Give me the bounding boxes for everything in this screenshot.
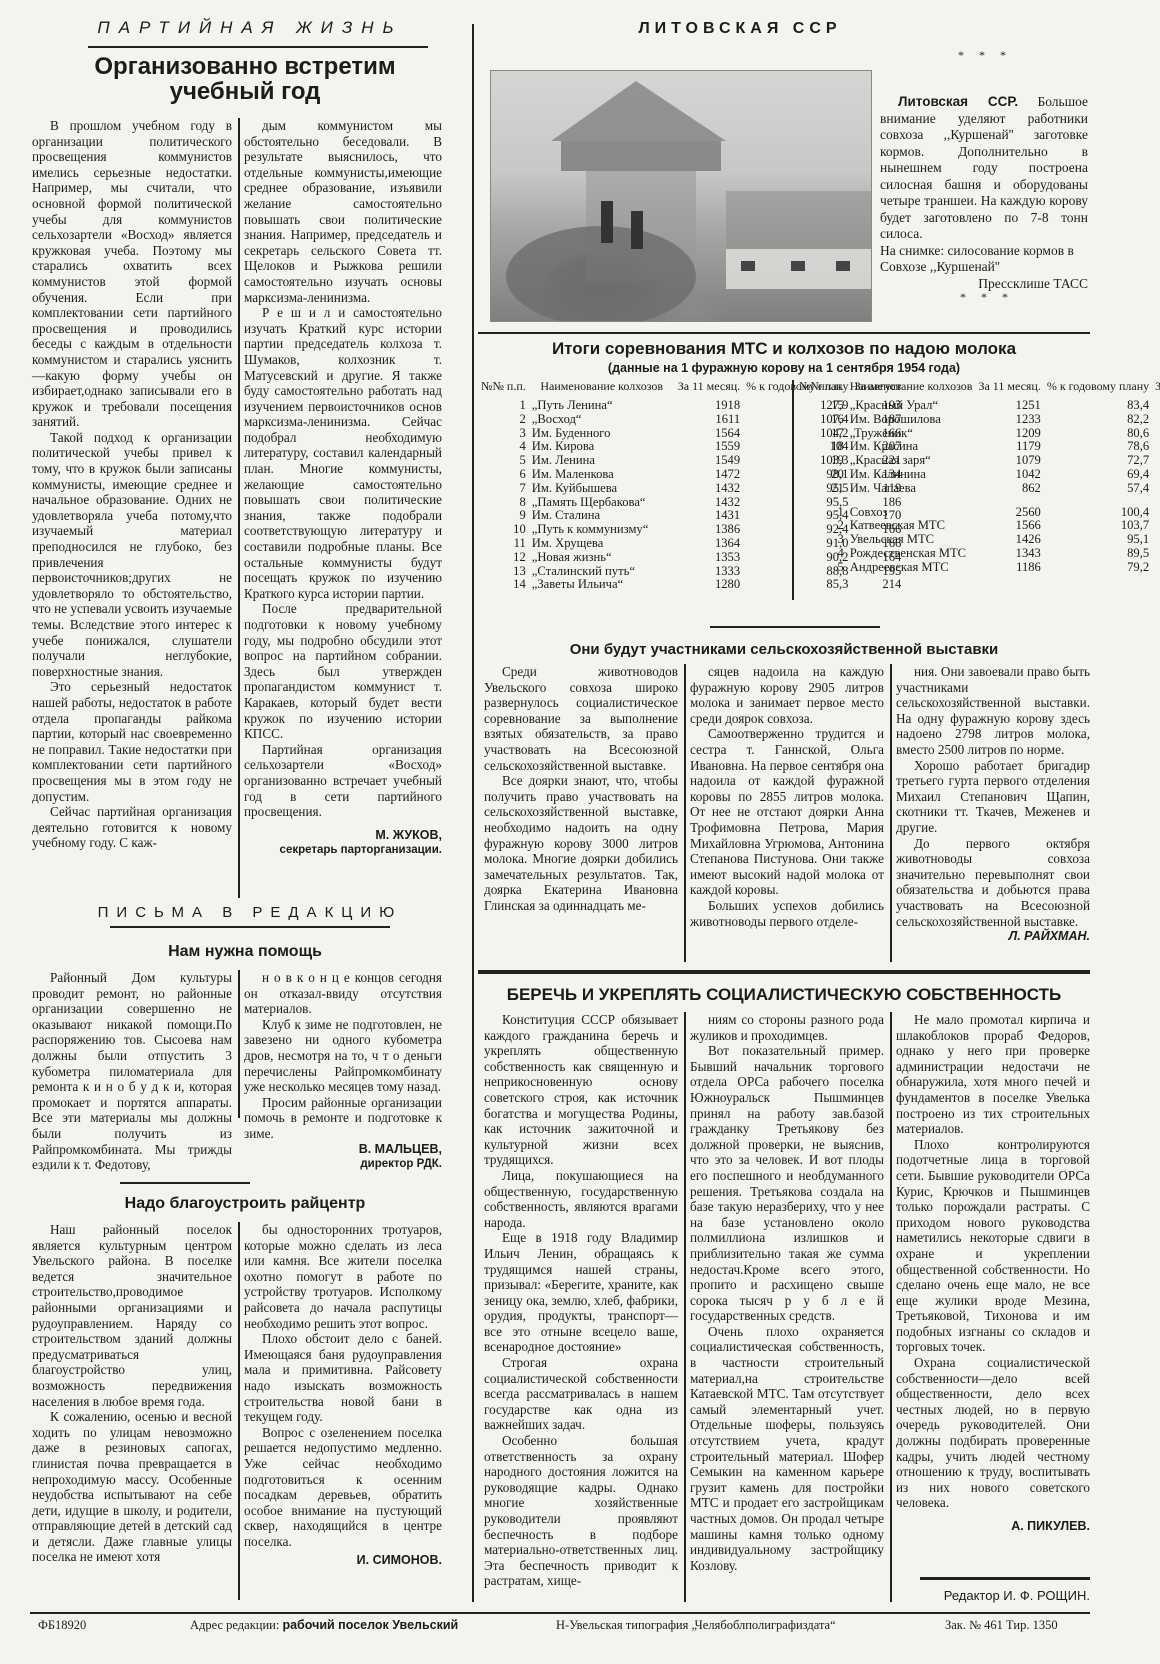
row-number: 5 — [478, 454, 529, 468]
farm-name: „Новая жизнь“ — [529, 551, 675, 565]
table-row: 16Им. Ворошилова123382,2154 — [796, 413, 1160, 427]
plan-percent: 89,5 — [1044, 547, 1152, 561]
plan-percent: 83,4 — [1044, 399, 1152, 413]
column-divider — [684, 1012, 686, 1602]
column-divider — [238, 970, 240, 1118]
farm-name: Им. Маленкова — [529, 468, 675, 482]
rubric-letters: ПИСЬМА В РЕДАКЦИЮ — [60, 904, 440, 921]
eleven-months-value: 862 — [975, 482, 1043, 501]
august-value: 160 — [1152, 533, 1160, 547]
row-number: 11 — [478, 537, 529, 551]
august-value: 150 — [1152, 468, 1160, 482]
article2-col2: н о в к о н ц е концов сегодня он отказа… — [244, 970, 442, 1173]
footer-rule — [30, 1612, 1090, 1614]
farm-name: „Путь Ленина“ — [529, 399, 675, 413]
farm-name: „Красный Урал“ — [847, 399, 976, 413]
article-title-study-year: Организованно встретим учебный год — [40, 54, 450, 104]
article1-col2: дым коммунистом мы обстоятельно беседова… — [244, 118, 442, 859]
rubric-underline — [88, 46, 428, 48]
eleven-months-value: 1566 — [975, 519, 1043, 533]
plan-percent: 100,4 — [1044, 501, 1152, 520]
farm-name: Им. Кирова — [529, 440, 675, 454]
article2-signature: В. МАЛЬЦЕВ, директор РДК. — [244, 1142, 442, 1173]
row-number: 17 — [796, 427, 847, 441]
table-divider — [792, 380, 794, 600]
farm-name: Им. Буденного — [529, 427, 675, 441]
eleven-months-value: 1280 — [675, 578, 743, 592]
column-divider — [890, 1012, 892, 1602]
column-divider — [238, 1222, 240, 1600]
table-subtitle: (данные на 1 фуражную корову на 1 сентяб… — [478, 362, 1090, 375]
section-rule — [478, 970, 1090, 974]
row-number: 10 — [478, 523, 529, 537]
row-number: 19 — [796, 454, 847, 468]
eleven-months-value: 1251 — [975, 399, 1043, 413]
plan-percent: 82,2 — [1044, 413, 1152, 427]
august-value: 238 — [1152, 501, 1160, 520]
row-number: 3 — [478, 427, 529, 441]
eleven-months-value: 1209 — [975, 427, 1043, 441]
farm-name: Им. Чапаева — [847, 482, 976, 501]
table-row: 5Андреевская МТС118679,2177 — [796, 561, 1160, 575]
plan-percent: 78,6 — [1044, 440, 1152, 454]
august-value: 154 — [1152, 413, 1160, 427]
eleven-months-value: 1186 — [975, 561, 1043, 575]
eleven-months-value: 1079 — [975, 454, 1043, 468]
farm-name: „Сталинский путь“ — [529, 565, 675, 579]
eleven-months-value: 1559 — [675, 440, 743, 454]
article-title-need-help: Нам нужна помощь — [40, 944, 450, 961]
eleven-months-value: 1431 — [675, 509, 743, 523]
footer-address: Адрес редакции: рабочий поселок Увельски… — [190, 1618, 458, 1633]
separator — [120, 1182, 250, 1184]
farm-name: Увельская МТС — [847, 533, 976, 547]
article4-signature: Л. РАЙХМАН. — [896, 929, 1090, 945]
photo-silage-tower — [490, 70, 872, 322]
row-number: 2 — [478, 413, 529, 427]
plan-percent: 69,4 — [1044, 468, 1152, 482]
eleven-months-value: 1611 — [675, 413, 743, 427]
eleven-months-value: 1042 — [975, 468, 1043, 482]
article-title-property: БЕРЕЧЬ И УКРЕПЛЯТЬ СОЦИАЛИСТИЧЕСКУЮ СОБС… — [478, 986, 1090, 1004]
row-number: 2 — [796, 519, 847, 533]
row-number: 20 — [796, 468, 847, 482]
farm-name: Им. Ворошилова — [847, 413, 976, 427]
farm-name: „Труженик“ — [847, 427, 976, 441]
farm-name: Им. Калинина — [847, 468, 976, 482]
august-value: 195 — [1152, 399, 1160, 413]
plan-percent: 103,7 — [1044, 519, 1152, 533]
article3-col2: бы односторонних тротуаров, которые можн… — [244, 1222, 442, 1569]
plan-percent: 57,4 — [1044, 482, 1152, 501]
row-number: 7 — [478, 482, 529, 496]
row-number: 3 — [796, 533, 847, 547]
table-header: №№ п.п. Наименование колхозов За 11 меся… — [796, 380, 1160, 399]
decor-stars-bottom: * * * — [960, 290, 1014, 305]
row-number: 12 — [478, 551, 529, 565]
results-table-right: №№ п.п. Наименование колхозов За 11 меся… — [796, 380, 1160, 575]
photo-illustration — [491, 71, 871, 321]
eleven-months-value: 1549 — [675, 454, 743, 468]
august-value: 176 — [1152, 547, 1160, 561]
photo-caption: Литовская ССР. Большое внимание уделяют … — [880, 94, 1088, 292]
article1-signature: М. ЖУКОВ, секретарь парторганизации. — [244, 828, 442, 859]
august-value: 214 — [851, 578, 904, 592]
august-value: 141 — [1152, 482, 1160, 501]
row-number: 18 — [796, 440, 847, 454]
august-value: 191 — [1152, 519, 1160, 533]
article-title-improve-center: Надо благоустроить райцентр — [40, 1196, 450, 1213]
eleven-months-value: 1432 — [675, 496, 743, 510]
farm-name: „Красная заря“ — [847, 454, 976, 468]
row-number: 15 — [796, 399, 847, 413]
plan-percent: 72,7 — [1044, 454, 1152, 468]
farm-name: Им. Ленина — [529, 454, 675, 468]
august-value: 177 — [1152, 561, 1160, 575]
eleven-months-value: 1179 — [975, 440, 1043, 454]
eleven-months-value: 1343 — [975, 547, 1043, 561]
separator — [710, 626, 880, 628]
plan-percent: 95,1 — [1044, 533, 1152, 547]
decor-stars-top: * * * — [958, 48, 1012, 63]
farm-name: Им. Хрущева — [529, 537, 675, 551]
farm-name: Им. Сталина — [529, 509, 675, 523]
article5-signature: А. ПИКУЛЕВ. — [896, 1519, 1090, 1535]
farm-name: „Восход“ — [529, 413, 675, 427]
eleven-months-value: 1233 — [975, 413, 1043, 427]
table-row: 1Совхоз2560100,4238 — [796, 501, 1160, 520]
article4-col1: Среди животноводов Увельского совхоза ши… — [484, 664, 678, 914]
august-value: 162 — [1152, 427, 1160, 441]
row-number: 16 — [796, 413, 847, 427]
row-number: 4 — [796, 547, 847, 561]
row-number: 1 — [796, 501, 847, 520]
row-number: 6 — [478, 468, 529, 482]
row-number: 21 — [796, 482, 847, 501]
newspaper-page: ПАРТИЙНАЯ ЖИЗНЬ Организованно встретим у… — [0, 0, 1160, 1664]
article1-col1: В прошлом учебном году в организации пол… — [32, 118, 232, 851]
page-divider — [472, 24, 474, 1602]
row-number: 4 — [478, 440, 529, 454]
eleven-months-value: 1426 — [975, 533, 1043, 547]
column-divider — [890, 664, 892, 962]
article-title-exhibition: Они будут участниками сельскохозяйственн… — [478, 642, 1090, 658]
article3-col1: Наш районный поселок является культурным… — [32, 1222, 232, 1565]
rubric-underline — [110, 926, 390, 928]
article5-col2: ниям со стороны разного рода жуликов и п… — [690, 1012, 884, 1573]
farm-name: Андреевская МТС — [847, 561, 976, 575]
eleven-months-value: 1333 — [675, 565, 743, 579]
eleven-months-value: 1432 — [675, 482, 743, 496]
article5-col1: Конституция СССР обязывает каждого гражд… — [484, 1012, 678, 1589]
farm-name: „Память Щербакова“ — [529, 496, 675, 510]
farm-name: Им. Красина — [847, 440, 976, 454]
table-row: 2Катвеевская МТС1566103,7191 — [796, 519, 1160, 533]
row-number: 9 — [478, 509, 529, 523]
eleven-months-value: 1386 — [675, 523, 743, 537]
farm-name: Совхоз — [847, 501, 976, 520]
separator — [478, 332, 1090, 334]
farm-name: Им. Куйбышева — [529, 482, 675, 496]
row-number: 13 — [478, 565, 529, 579]
plan-percent: 80,6 — [1044, 427, 1152, 441]
august-value: 201 — [1152, 440, 1160, 454]
table-row: 14„Заветы Ильича“128085,3214 — [478, 578, 904, 592]
table-row: 20Им. Калинина104269,4150 — [796, 468, 1160, 482]
row-number: 8 — [478, 496, 529, 510]
farm-name: Рождественская МТС — [847, 547, 976, 561]
table-row: 21Им. Чапаева86257,4141 — [796, 482, 1160, 501]
eleven-months-value: 1918 — [675, 399, 743, 413]
row-number: 14 — [478, 578, 529, 592]
farm-name: „Заветы Ильича“ — [529, 578, 675, 592]
table-row: 17„Труженик“120980,6162 — [796, 427, 1160, 441]
rubric-lithuania: ЛИТОВСКАЯ ССР — [590, 20, 890, 38]
table-row: 3Увельская МТС142695,1160 — [796, 533, 1160, 547]
footer-code: ФБ18920 — [38, 1618, 86, 1633]
article2-col1: Районный Дом культуры проводит ремонт, н… — [32, 970, 232, 1173]
editor-credit: Редактор И. Ф. РОЩИН. — [900, 1588, 1090, 1603]
article5-col3: Не мало промотал кирпича и шлакоблоков п… — [896, 1012, 1090, 1535]
editor-rule — [920, 1577, 1090, 1580]
eleven-months-value: 1564 — [675, 427, 743, 441]
footer-order: Зак. № 461 Тир. 1350 — [945, 1618, 1058, 1633]
farm-name: Катвеевская МТС — [847, 519, 976, 533]
eleven-months-value: 1472 — [675, 468, 743, 482]
table-row: 18Им. Красина117978,6201 — [796, 440, 1160, 454]
table-row: 15„Красный Урал“125183,4195 — [796, 399, 1160, 413]
table-title: Итоги соревнования МТС и колхозов по над… — [478, 340, 1090, 358]
plan-percent: 79,2 — [1044, 561, 1152, 575]
eleven-months-value: 1364 — [675, 537, 743, 551]
table-row: 4Рождественская МТС134389,5176 — [796, 547, 1160, 561]
farm-name: „Путь к коммунизму“ — [529, 523, 675, 537]
table-row: 19„Красная заря“107972,7133 — [796, 454, 1160, 468]
row-number: 1 — [478, 399, 529, 413]
column-divider — [684, 664, 686, 962]
article4-col3: ния. Они завоевали право быть участникам… — [896, 664, 1090, 945]
august-value: 133 — [1152, 454, 1160, 468]
plan-percent: 85,3 — [743, 578, 851, 592]
eleven-months-value: 2560 — [975, 501, 1043, 520]
article3-signature: И. СИМОНОВ. — [244, 1553, 442, 1569]
article4-col2: сяцев надоила на каждую фуражную корову … — [690, 664, 884, 929]
eleven-months-value: 1353 — [675, 551, 743, 565]
footer-printer: Н-Увельская типография „Челябоблполиграф… — [556, 1618, 836, 1633]
row-number: 5 — [796, 561, 847, 575]
column-divider — [238, 118, 240, 898]
rubric-party-life: ПАРТИЙНАЯ ЖИЗНЬ — [60, 18, 440, 38]
